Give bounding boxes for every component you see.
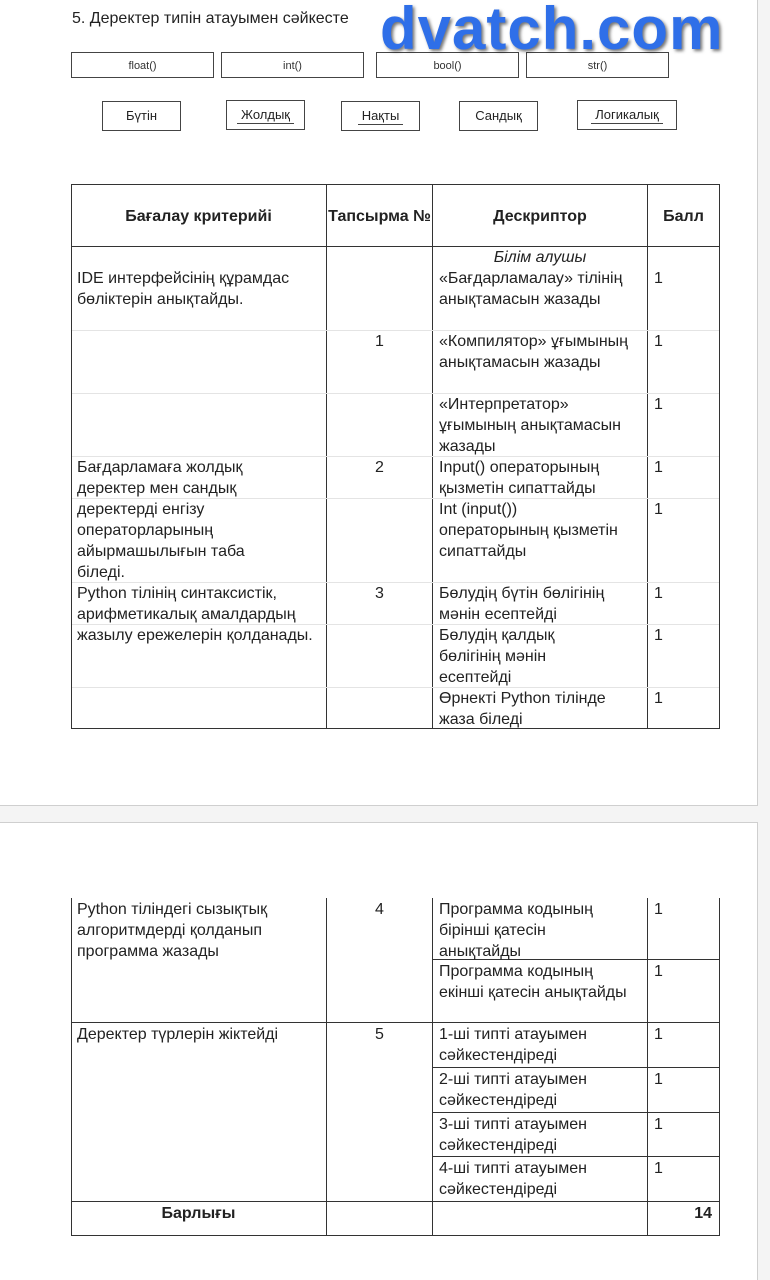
criteria-cell: Бағдарламаға жолдық деректер мен сандық … <box>77 457 287 583</box>
score-cell: 1 <box>654 1024 663 1045</box>
descriptor-cell: Бөлудің қалдық бөлігінің мәнін есептейді <box>439 625 589 688</box>
criteria-cell: IDE интерфейсінің құрамдас бөліктерін ан… <box>77 268 322 310</box>
header-score: Балл <box>648 206 719 227</box>
type-name-label: Логикалық <box>591 107 663 124</box>
descriptor-cell: 2-ші типті атауымен сәйкестендіреді <box>439 1069 624 1111</box>
task-number: 4 <box>327 899 432 920</box>
score-cell: 1 <box>654 625 663 646</box>
score-cell: 1 <box>654 961 663 982</box>
score-cell: 1 <box>654 688 663 709</box>
question-title: 5. Деректер типін атауымен сәйкесте <box>72 10 349 28</box>
assessment-table-part-1: Бағалау критерийі Тапсырма № Дескриптор … <box>71 184 720 729</box>
descriptor-cell: «Бағдарламалау» тілінің анықтамасын жаза… <box>439 268 643 310</box>
score-cell: 1 <box>654 1114 663 1135</box>
descriptor-cell: Бөлудің бүтін бөлігінің мәнін есептейді <box>439 583 644 625</box>
score-cell: 1 <box>654 1069 663 1090</box>
type-function-box: int() <box>221 52 364 78</box>
score-cell: 1 <box>654 1158 663 1179</box>
descriptor-cell: 3-ші типті атауымен сәйкестендіреді <box>439 1114 624 1156</box>
task-number: 5 <box>327 1024 432 1045</box>
descriptor-intro: Білім алушы <box>433 247 647 268</box>
descriptor-cell: 4-ші типті атауымен сәйкестендіреді <box>439 1158 624 1200</box>
type-name-label: Сандық <box>475 108 522 123</box>
type-name-box: Бүтін <box>102 101 181 131</box>
task-number: 3 <box>327 583 432 604</box>
task-number: 2 <box>327 457 432 478</box>
criteria-cell: Python тілінің синтаксистік, арифметикал… <box>77 583 317 646</box>
type-name-box: Нақты <box>341 101 420 131</box>
score-cell: 1 <box>654 331 663 352</box>
assessment-table-part-2: Python тіліндегі сызықтық алгоритмдерді … <box>71 898 720 1236</box>
header-descriptor: Дескриптор <box>433 206 647 227</box>
type-name-box: Сандық <box>459 101 538 131</box>
descriptor-cell: Int (input()) операторының қызметін сипа… <box>439 499 619 562</box>
total-label: Барлығы <box>71 1203 326 1224</box>
total-score: 14 <box>648 1203 712 1224</box>
type-function-box: float() <box>71 52 214 78</box>
watermark: dvatch.com <box>380 0 723 63</box>
type-name-box: Жолдық <box>226 100 305 130</box>
document-page-2: Python тіліндегі сызықтық алгоритмдерді … <box>0 822 758 1280</box>
score-cell: 1 <box>654 394 663 415</box>
descriptor-cell: «Компилятор» ұғымының анықтамасын жазады <box>439 331 639 373</box>
criteria-cell: Python тіліндегі сызықтық алгоритмдерді … <box>77 899 317 962</box>
score-cell: 1 <box>654 268 663 289</box>
score-cell: 1 <box>654 499 663 520</box>
score-cell: 1 <box>654 899 663 920</box>
descriptor-cell: Программа кодының бірінші қатесін анықта… <box>439 899 629 962</box>
document-page-1: 5. Деректер типін атауымен сәйкесте floa… <box>0 0 758 806</box>
score-cell: 1 <box>654 583 663 604</box>
descriptor-cell: 1-ші типті атауымен сәйкестендіреді <box>439 1024 624 1066</box>
type-name-label: Жолдық <box>237 107 294 124</box>
header-task: Тапсырма № <box>327 206 432 227</box>
type-name-label: Бүтін <box>126 108 157 123</box>
type-name-box: Логикалық <box>577 100 677 130</box>
header-criteria: Бағалау критерийі <box>71 206 326 227</box>
descriptor-cell: Программа кодының екінші қатесін анықтай… <box>439 961 629 1003</box>
task-number: 1 <box>327 331 432 352</box>
criteria-cell: Деректер түрлерін жіктейді <box>77 1024 327 1045</box>
descriptor-cell: «Интерпретатор» ұғымының анықтамасын жаз… <box>439 394 639 457</box>
score-cell: 1 <box>654 457 663 478</box>
type-name-label: Нақты <box>358 108 404 125</box>
descriptor-cell: Өрнекті Python тілінде жаза біледі <box>439 688 644 730</box>
descriptor-cell: Input() операторының қызметін сипаттайды <box>439 457 644 499</box>
